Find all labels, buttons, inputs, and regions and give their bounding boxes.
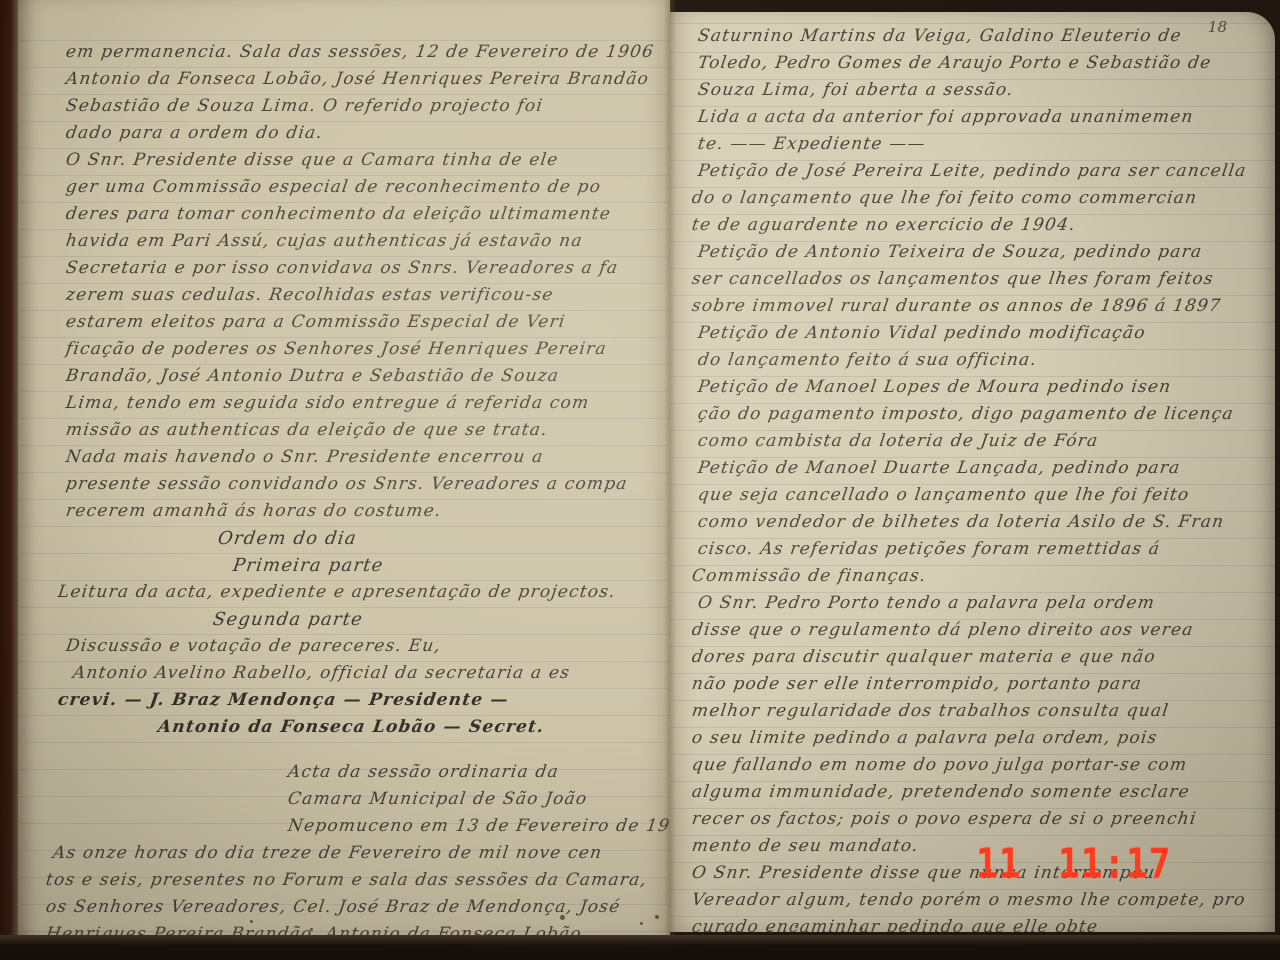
handwritten-line: do o lançamento que lhe foi feito como c… (691, 188, 1199, 208)
handwritten-line: curado encaminhar pedindo que elle obte (691, 917, 1100, 932)
handwritten-line: Vereador algum, tendo porém o mesmo lhe … (691, 890, 1247, 910)
handwritten-line: em permanencia. Sala das sessões, 12 de … (65, 42, 656, 62)
book-gutter (664, 0, 676, 935)
handwritten-line: presente sessão convidando os Snrs. Vere… (65, 474, 630, 494)
handwritten-line: Acta da sessão ordinaria da (287, 762, 561, 782)
handwritten-line: Ordem do dia (217, 528, 359, 549)
handwritten-line: ção do pagamento imposto, digo pagamento… (697, 404, 1236, 424)
handwritten-line: Sebastião de Souza Lima. O referido proj… (65, 96, 545, 116)
handwritten-line: alguma immunidade, pretendendo somente e… (691, 782, 1192, 802)
handwritten-line: Henriques Pereira Brandão, Antonio da Fo… (45, 924, 590, 935)
handwritten-line: Leitura da acta, expediente e apresentaç… (57, 582, 618, 602)
handwritten-line: Antonio da Fonseca Lobão, José Henriques… (65, 69, 651, 89)
left-page: em permanencia. Sala das sessões, 12 de … (18, 0, 670, 935)
handwritten-line: Discussão e votação de pareceres. Eu, (65, 636, 443, 656)
handwritten-line: Commissão de finanças. (691, 566, 928, 586)
handwritten-line: sobre immovel rural durante os annos de … (691, 296, 1223, 316)
handwritten-line: Lima, tendo em seguida sido entregue á r… (65, 393, 591, 413)
handwritten-line: ger uma Commissão especial de reconhecim… (65, 177, 603, 197)
handwritten-line: Brandão, José Antonio Dutra e Sebastião … (65, 366, 561, 386)
handwritten-line: missão as authenticas da eleição de que … (65, 420, 550, 440)
handwritten-line: dores para discutir qualquer materia e q… (691, 647, 1158, 667)
handwritten-line: melhor regularidade dos trabalhos consul… (691, 701, 1171, 721)
handwritten-line: Camara Municipal de São João (287, 789, 589, 809)
handwritten-line: como cambista da loteria de Juiz de Fóra (697, 431, 1100, 451)
handwritten-line: cisco. As referidas petições foram remet… (697, 539, 1162, 559)
handwritten-line: Saturnino Martins da Veiga, Galdino Eleu… (697, 26, 1183, 46)
handwritten-line: Nepomuceno em 13 de Fevereiro de 1906 (287, 816, 670, 836)
handwritten-line: Petição de Antonio Vidal pedindo modific… (697, 323, 1148, 343)
handwritten-line: crevi. — J. Braz Mendonça — Presidente — (57, 690, 511, 710)
handwritten-line: Lida a acta da anterior foi approvada un… (697, 107, 1195, 127)
page-number: 18 (1208, 18, 1227, 36)
book-cover-edge (0, 0, 18, 960)
handwritten-line: Antonio da Fonseca Lobão — Secret. (157, 717, 546, 737)
handwritten-line: disse que o regulamento dá pleno direito… (691, 620, 1195, 640)
handwritten-line: o seu limite pedindo a palavra pela orde… (691, 728, 1159, 748)
handwritten-line: Primeira parte (232, 555, 386, 576)
handwritten-line: recer os factos; pois o povo espera de s… (691, 809, 1198, 829)
handwritten-line: zerem suas cedulas. Recolhidas estas ver… (65, 285, 555, 305)
handwritten-line: O Snr. Pedro Porto tendo a palavra pela … (697, 593, 1157, 613)
handwritten-line: te. —— Expediente —— (697, 134, 927, 154)
handwritten-line: ficação de poderes os Senhores José Henr… (65, 339, 609, 359)
handwritten-line: deres para tomar conhecimento da eleição… (65, 204, 613, 224)
handwritten-line: Souza Lima, foi aberta a sessão. (697, 80, 1016, 100)
handwritten-line: Petição de Manoel Lopes de Moura pedindo… (697, 377, 1173, 397)
camera-timestamp: 11 11:17 (976, 841, 1171, 888)
handwritten-line: Segunda parte (212, 609, 365, 630)
handwritten-line: recerem amanhã ás horas do costume. (65, 501, 443, 521)
handwritten-line: Petição de José Pereira Leite, pedindo p… (697, 161, 1248, 181)
handwritten-line: tos e seis, presentes no Forum e sala da… (45, 870, 649, 890)
handwritten-line: Nada mais havendo o Snr. Presidente ence… (65, 447, 545, 467)
handwritten-line: mento de seu mandato. (691, 836, 920, 856)
handwritten-line: As onze horas do dia treze de Fevereiro … (52, 843, 604, 863)
book-bottom-edge (0, 935, 1280, 960)
right-page: 18 Saturnino Martins da Veiga, Galdino E… (670, 12, 1275, 932)
handwritten-line: que seja cancellado o lançamento que lhe… (697, 485, 1191, 505)
handwritten-line: como vendedor de bilhetes da loteria Asi… (697, 512, 1226, 532)
handwritten-line: do lançamento feito á sua officina. (697, 350, 1039, 370)
handwritten-line: Antonio Avelino Rabello, official da sec… (72, 663, 572, 683)
handwritten-line: ser cancellados os lançamentos que lhes … (691, 269, 1216, 289)
handwritten-line: Petição de Antonio Teixeira de Souza, pe… (697, 242, 1204, 262)
handwritten-line: havida em Pari Assú, cujas authenticas j… (65, 231, 585, 251)
handwritten-line: te de aguardente no exercicio de 1904. (691, 215, 1077, 235)
handwritten-line: Petição de Manoel Duarte Lançada, pedind… (697, 458, 1182, 478)
handwritten-line: não pode ser elle interrompido, portanto… (691, 674, 1144, 694)
handwritten-line: Secretaria e por isso convidava os Snrs.… (65, 258, 620, 278)
ledger-photo: em permanencia. Sala das sessões, 12 de … (0, 0, 1280, 960)
handwritten-line: O Snr. Presidente disse que a Camara tin… (65, 150, 560, 170)
handwritten-line: que fallando em nome do povo julga porta… (691, 755, 1189, 775)
handwritten-line: os Senhores Vereadores, Cel. José Braz d… (45, 897, 622, 917)
handwritten-line: estarem eleitos para a Commissão Especia… (65, 312, 567, 332)
handwritten-line: dado para a ordem do dia. (65, 123, 325, 143)
handwritten-line: Toledo, Pedro Gomes de Araujo Porto e Se… (697, 53, 1213, 73)
